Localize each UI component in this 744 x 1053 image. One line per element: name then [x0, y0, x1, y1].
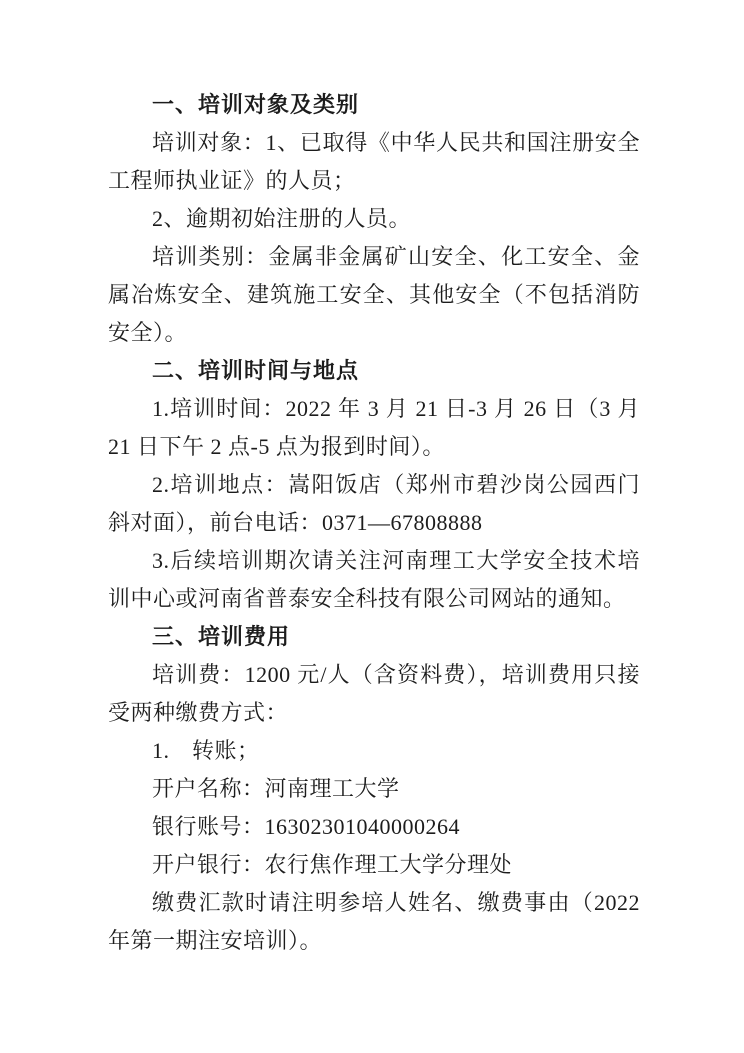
- paragraph-training-location: 2.培训地点：嵩阳饭店（郑州市碧沙岗公园西门斜对面），前台电话：0371—678…: [108, 466, 640, 542]
- paragraph-training-categories: 培训类别：金属非金属矿山安全、化工安全、金属冶炼安全、建筑施工安全、其他安全（不…: [108, 238, 640, 352]
- paragraph-fee-amount: 培训费：1200 元/人（含资料费），培训费用只接受两种缴费方式：: [108, 656, 640, 732]
- section-heading-time-location: 二、培训时间与地点: [108, 352, 640, 390]
- section-fees: 三、培训费用 培训费：1200 元/人（含资料费），培训费用只接受两种缴费方式：…: [108, 618, 640, 960]
- section-training-targets: 一、培训对象及类别 培训对象：1、已取得《中华人民共和国注册安全工程师执业证》的…: [108, 86, 640, 352]
- paragraph-overdue-registration: 2、逾期初始注册的人员。: [108, 200, 640, 238]
- paragraph-training-time: 1.培训时间：2022 年 3 月 21 日-3 月 26 日（3 月 21 日…: [108, 390, 640, 466]
- paragraph-bank-branch: 开户银行：农行焦作理工大学分理处: [108, 846, 640, 884]
- paragraph-followup-notice: 3.后续培训期次请关注河南理工大学安全技术培训中心或河南省普泰安全科技有限公司网…: [108, 542, 640, 618]
- document-page: 一、培训对象及类别 培训对象：1、已取得《中华人民共和国注册安全工程师执业证》的…: [0, 0, 744, 1053]
- section-heading-training-targets: 一、培训对象及类别: [108, 86, 640, 124]
- paragraph-bank-account-number: 银行账号：16302301040000264: [108, 808, 640, 846]
- paragraph-remittance-note: 缴费汇款时请注明参培人姓名、缴费事由（2022 年第一期注安培训）。: [108, 884, 640, 960]
- paragraph-payment-method-transfer: 1. 转账；: [108, 732, 640, 770]
- section-heading-fees: 三、培训费用: [108, 618, 640, 656]
- paragraph-training-targets: 培训对象：1、已取得《中华人民共和国注册安全工程师执业证》的人员；: [108, 124, 640, 200]
- paragraph-account-name: 开户名称：河南理工大学: [108, 770, 640, 808]
- section-time-location: 二、培训时间与地点 1.培训时间：2022 年 3 月 21 日-3 月 26 …: [108, 352, 640, 618]
